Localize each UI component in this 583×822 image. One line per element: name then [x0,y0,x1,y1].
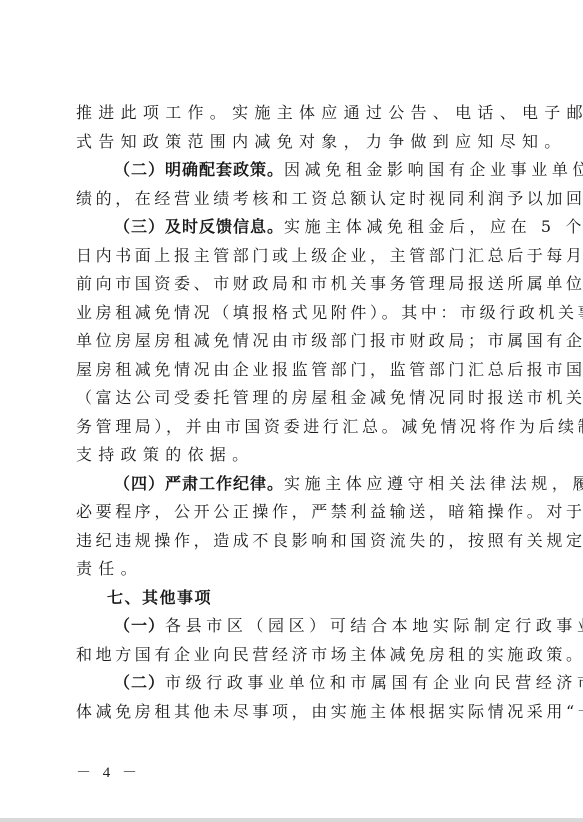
paragraph-text: 体减免房租其他未尽事项，由实施主体根据实际情况采用“一事 [76,702,583,721]
item-number-bold: （二） [114,673,165,692]
paragraph-text: 责任。 [76,559,143,578]
section-2-heading-line: （二）明确配套政策。因减免租金影响国有企业事业单位业 [76,156,512,185]
section-4-heading-line: （四）严肃工作纪律。实施主体应遵守相关法律法规，履行 [76,470,512,499]
paragraph-text: 单位房屋房租减免情况由市级部门报市财政局；市属国有企业房 [76,331,583,350]
text-line: 日内书面上报主管部门或上级企业，主管部门汇总后于每月 1 日 [76,242,512,271]
text-line: 推进此项工作。实施主体应通过公告、电话、电子邮件等多种方 [76,99,512,128]
text-line: 式告知政策范围内减免对象，力争做到应知尽知。 [76,128,512,157]
item-number-bold: （一） [114,616,165,635]
paragraph-text: 式告知政策范围内减免对象，力争做到应知尽知。 [76,132,567,151]
item-1-line: （一）各县市区（园区）可结合本地实际制定行政事业单位 [76,612,512,641]
paragraph-text: 实施主体减免租金后，应在 5 个工作 [284,217,583,236]
section-title-bold: （三）及时反馈信息。 [114,217,284,236]
item-2-line: （二）市级行政事业单位和市属国有企业向民营经济市场主 [76,669,512,698]
paragraph-text: 日内书面上报主管部门或上级企业，主管部门汇总后于每月 1 日 [76,246,583,265]
page-number: － 4 － [76,761,141,782]
chapter-heading: 七、其他事项 [107,588,212,607]
section-title-bold: （二）明确配套政策。 [114,160,284,179]
paragraph-text: 违纪违规操作，造成不良影响和国资流失的，按照有关规定追究 [76,531,583,550]
paragraph-text: 务管理局），并由市国资委进行汇总。减免情况将作为后续制定 [76,417,583,436]
paragraph-text: 必要程序，公开公正操作，严禁利益输送，暗箱操作。对于违法 [76,502,583,521]
paragraph-text: 支持政策的依据。 [76,445,254,464]
paragraph-text: 各县市区（园区）可结合本地实际制定行政事业单位 [165,616,583,635]
paragraph-text: 推进此项工作。实施主体应通过公告、电话、电子邮件等多种方 [76,103,583,122]
text-line: 违纪违规操作，造成不良影响和国资流失的，按照有关规定追究 [76,527,512,556]
document-page: 推进此项工作。实施主体应通过公告、电话、电子邮件等多种方 式告知政策范围内减免对… [0,0,583,818]
paragraph-text: 和地方国有企业向民营经济市场主体减免房租的实施政策。 [76,645,583,664]
paragraph-text: 因减免租金影响国有企业事业单位业 [284,160,583,179]
section-3-heading-line: （三）及时反馈信息。实施主体减免租金后，应在 5 个工作 [76,213,512,242]
text-line: 绩的，在经营业绩考核和工资总额认定时视同利润予以加回。 [76,185,512,214]
paragraph-text: 市级行政事业单位和市属国有企业向民营经济市场主 [165,673,583,692]
text-line: 前向市国资委、市财政局和市机关事务管理局报送所属单位和企 [76,270,512,299]
page-edge-divider [0,818,583,822]
text-line: 责任。 [76,555,512,584]
paragraph-text: 绩的，在经营业绩考核和工资总额认定时视同利润予以加回。 [76,189,583,208]
paragraph-text: 业房租减免情况（填报格式见附件）。其中：市级行政机关事业 [76,303,583,322]
paragraph-text: （富达公司受委托管理的房屋租金减免情况同时报送市机关事 [76,388,583,407]
text-line: 业房租减免情况（填报格式见附件）。其中：市级行政机关事业 [76,299,512,328]
paragraph-text: 实施主体应遵守相关法律法规，履行 [284,474,583,493]
chapter-7-heading: 七、其他事项 [76,584,512,613]
text-line: 支持政策的依据。 [76,441,512,470]
text-line: 体减免房租其他未尽事项，由实施主体根据实际情况采用“一事 [76,698,512,727]
text-line: 单位房屋房租减免情况由市级部门报市财政局；市属国有企业房 [76,327,512,356]
text-line: 必要程序，公开公正操作，严禁利益输送，暗箱操作。对于违法 [76,498,512,527]
section-title-bold: （四）严肃工作纪律。 [114,474,284,493]
document-body: 推进此项工作。实施主体应通过公告、电话、电子邮件等多种方 式告知政策范围内减免对… [76,99,512,726]
paragraph-text: 前向市国资委、市财政局和市机关事务管理局报送所属单位和企 [76,274,583,293]
paragraph-text: 屋房租减免情况由企业报监管部门，监管部门汇总后报市国资委 [76,360,583,379]
text-line: 屋房租减免情况由企业报监管部门，监管部门汇总后报市国资委 [76,356,512,385]
text-line: （富达公司受委托管理的房屋租金减免情况同时报送市机关事 [76,384,512,413]
text-line: 和地方国有企业向民营经济市场主体减免房租的实施政策。 [76,641,512,670]
text-line: 务管理局），并由市国资委进行汇总。减免情况将作为后续制定 [76,413,512,442]
